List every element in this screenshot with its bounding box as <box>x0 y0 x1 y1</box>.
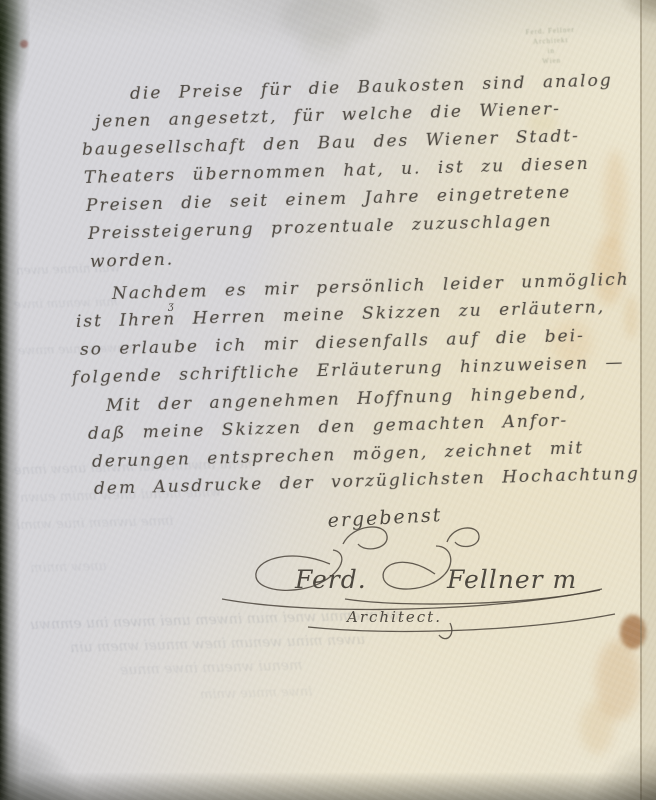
bleedthrough-text: mni wenum inwe <box>14 295 118 312</box>
smudge-mark <box>300 28 350 64</box>
bleedthrough-text: inwe mnue wnim <box>200 684 313 702</box>
signature-name-first: Ferd. <box>294 565 367 594</box>
letter-photo: wun nimne uwen mni wenum inwe unwem inue… <box>0 0 656 800</box>
page-right-edge <box>640 0 656 800</box>
foxing-stain <box>624 295 638 339</box>
foxing-stain <box>604 150 626 250</box>
foxing-stain <box>596 640 640 720</box>
signature-title: Architect. <box>345 608 442 626</box>
letter-line: worden. <box>90 250 175 272</box>
bleedthrough-text: imne uwnem inue wnmi <box>16 514 174 533</box>
letter-line: Mit der angenehmen Hoffnung hingebend, <box>106 383 588 416</box>
signature-block: ergebenst Ferd. Fellner m Architect. <box>195 502 635 647</box>
bleedthrough-text: menui wneum inwe mnue <box>120 657 303 678</box>
letter-line: baugesellschaft den Bau des Wiener Stadt… <box>82 126 580 160</box>
smudge-mark <box>280 0 380 44</box>
binding-gutter-shadow-top <box>0 0 30 130</box>
letter-line: Preisen die seit einem Jahre eingetreten… <box>86 182 572 216</box>
letter-line: daß meine Skizzen den gemachten Anfor- <box>88 411 569 444</box>
letter-line: jenen angesetzt, für welche die Wiener- <box>95 99 561 132</box>
letter-line: Preissteigerung prozentuale zuzuschlagen <box>88 211 553 244</box>
embossed-letterhead-stamp: Ferd. Fellner Architekt in Wien <box>502 24 600 69</box>
foxing-stain <box>580 700 614 754</box>
bleedthrough-text: unew mnim <box>30 559 107 576</box>
letter-line: Theaters übernommen hat, u. ist zu diese… <box>84 154 590 188</box>
signature-name-last: Fellner m <box>446 565 577 594</box>
valediction: ergebenst <box>327 504 443 532</box>
